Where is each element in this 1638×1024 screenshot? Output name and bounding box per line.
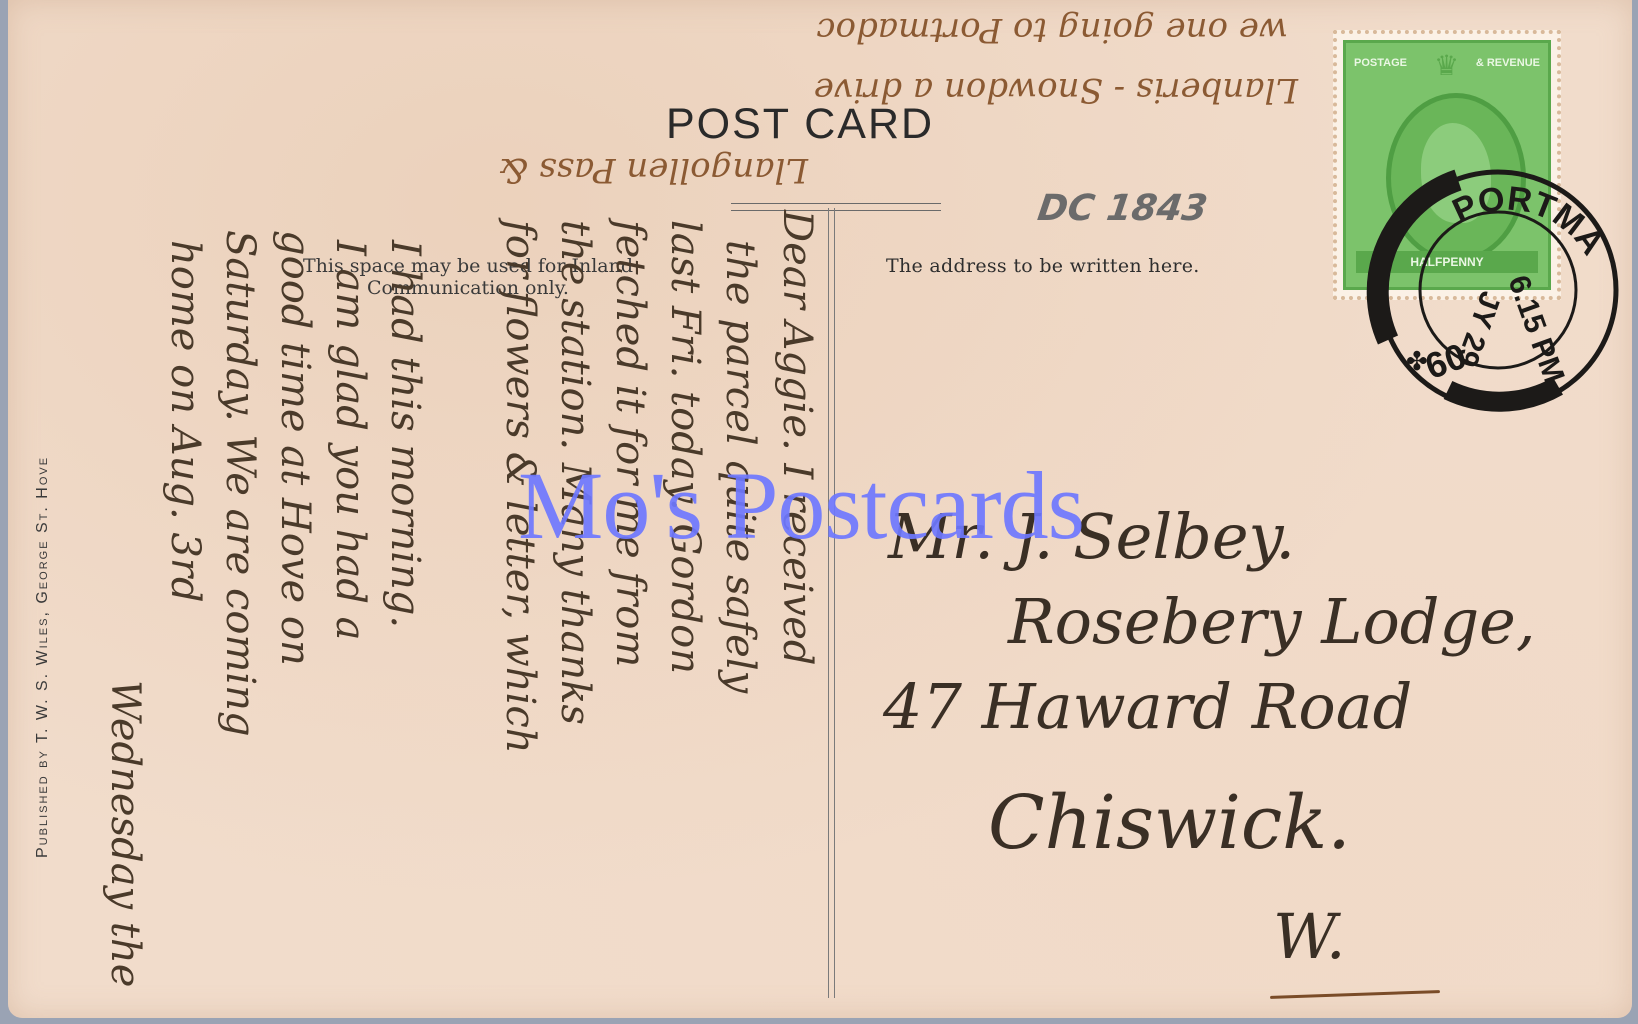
divider-horizontal bbox=[731, 203, 941, 211]
handwriting-top-line: we one going to Portmadoc bbox=[38, 10, 1288, 50]
message-line: Dear Aggie. I received bbox=[774, 210, 820, 665]
message-line: I had this morning. bbox=[382, 240, 428, 628]
postmark-time: 6.15 PM bbox=[1501, 271, 1570, 387]
publisher-imprint: Published by T. W. S. Wiles, George St. … bbox=[34, 456, 52, 858]
address-line-district: W. bbox=[1273, 900, 1346, 973]
address-line-town: Chiswick. bbox=[988, 780, 1351, 866]
stamp-label-revenue: & REVENUE bbox=[1476, 57, 1540, 69]
address-space-note: The address to be written here. bbox=[886, 255, 1200, 277]
postmark: PORTMADOC 6.15 PM JY 29 09 ✤ bbox=[1358, 150, 1638, 430]
message-line: good time at Hove on bbox=[272, 230, 318, 666]
address-line-house: Rosebery Lodge, bbox=[1008, 585, 1536, 658]
watermark: Mo's Postcards bbox=[518, 450, 1084, 561]
message-line: I am glad you had a bbox=[327, 240, 373, 641]
address-line-street: 47 Haward Road bbox=[883, 670, 1412, 743]
message-line: Wednesday the bbox=[102, 680, 148, 987]
pencil-reference: DC 1843 bbox=[1035, 188, 1210, 229]
clover-icon: ✤ bbox=[1406, 347, 1428, 377]
message-line: Saturday. We are coming bbox=[217, 230, 263, 737]
message-line: home on Aug. 3rd bbox=[162, 240, 208, 603]
handwriting-top-line: Llanberis - Snowdon a drive bbox=[48, 70, 1298, 110]
handwriting-top-line: Llangollen Pass & bbox=[208, 150, 808, 190]
divider-vertical bbox=[828, 208, 835, 998]
stamp-label-postage: POSTAGE bbox=[1354, 57, 1407, 69]
address-underline bbox=[1270, 990, 1440, 999]
message-line: last Fri. today. Gordon bbox=[662, 220, 708, 674]
message-line: fetched it for me from bbox=[607, 220, 653, 667]
